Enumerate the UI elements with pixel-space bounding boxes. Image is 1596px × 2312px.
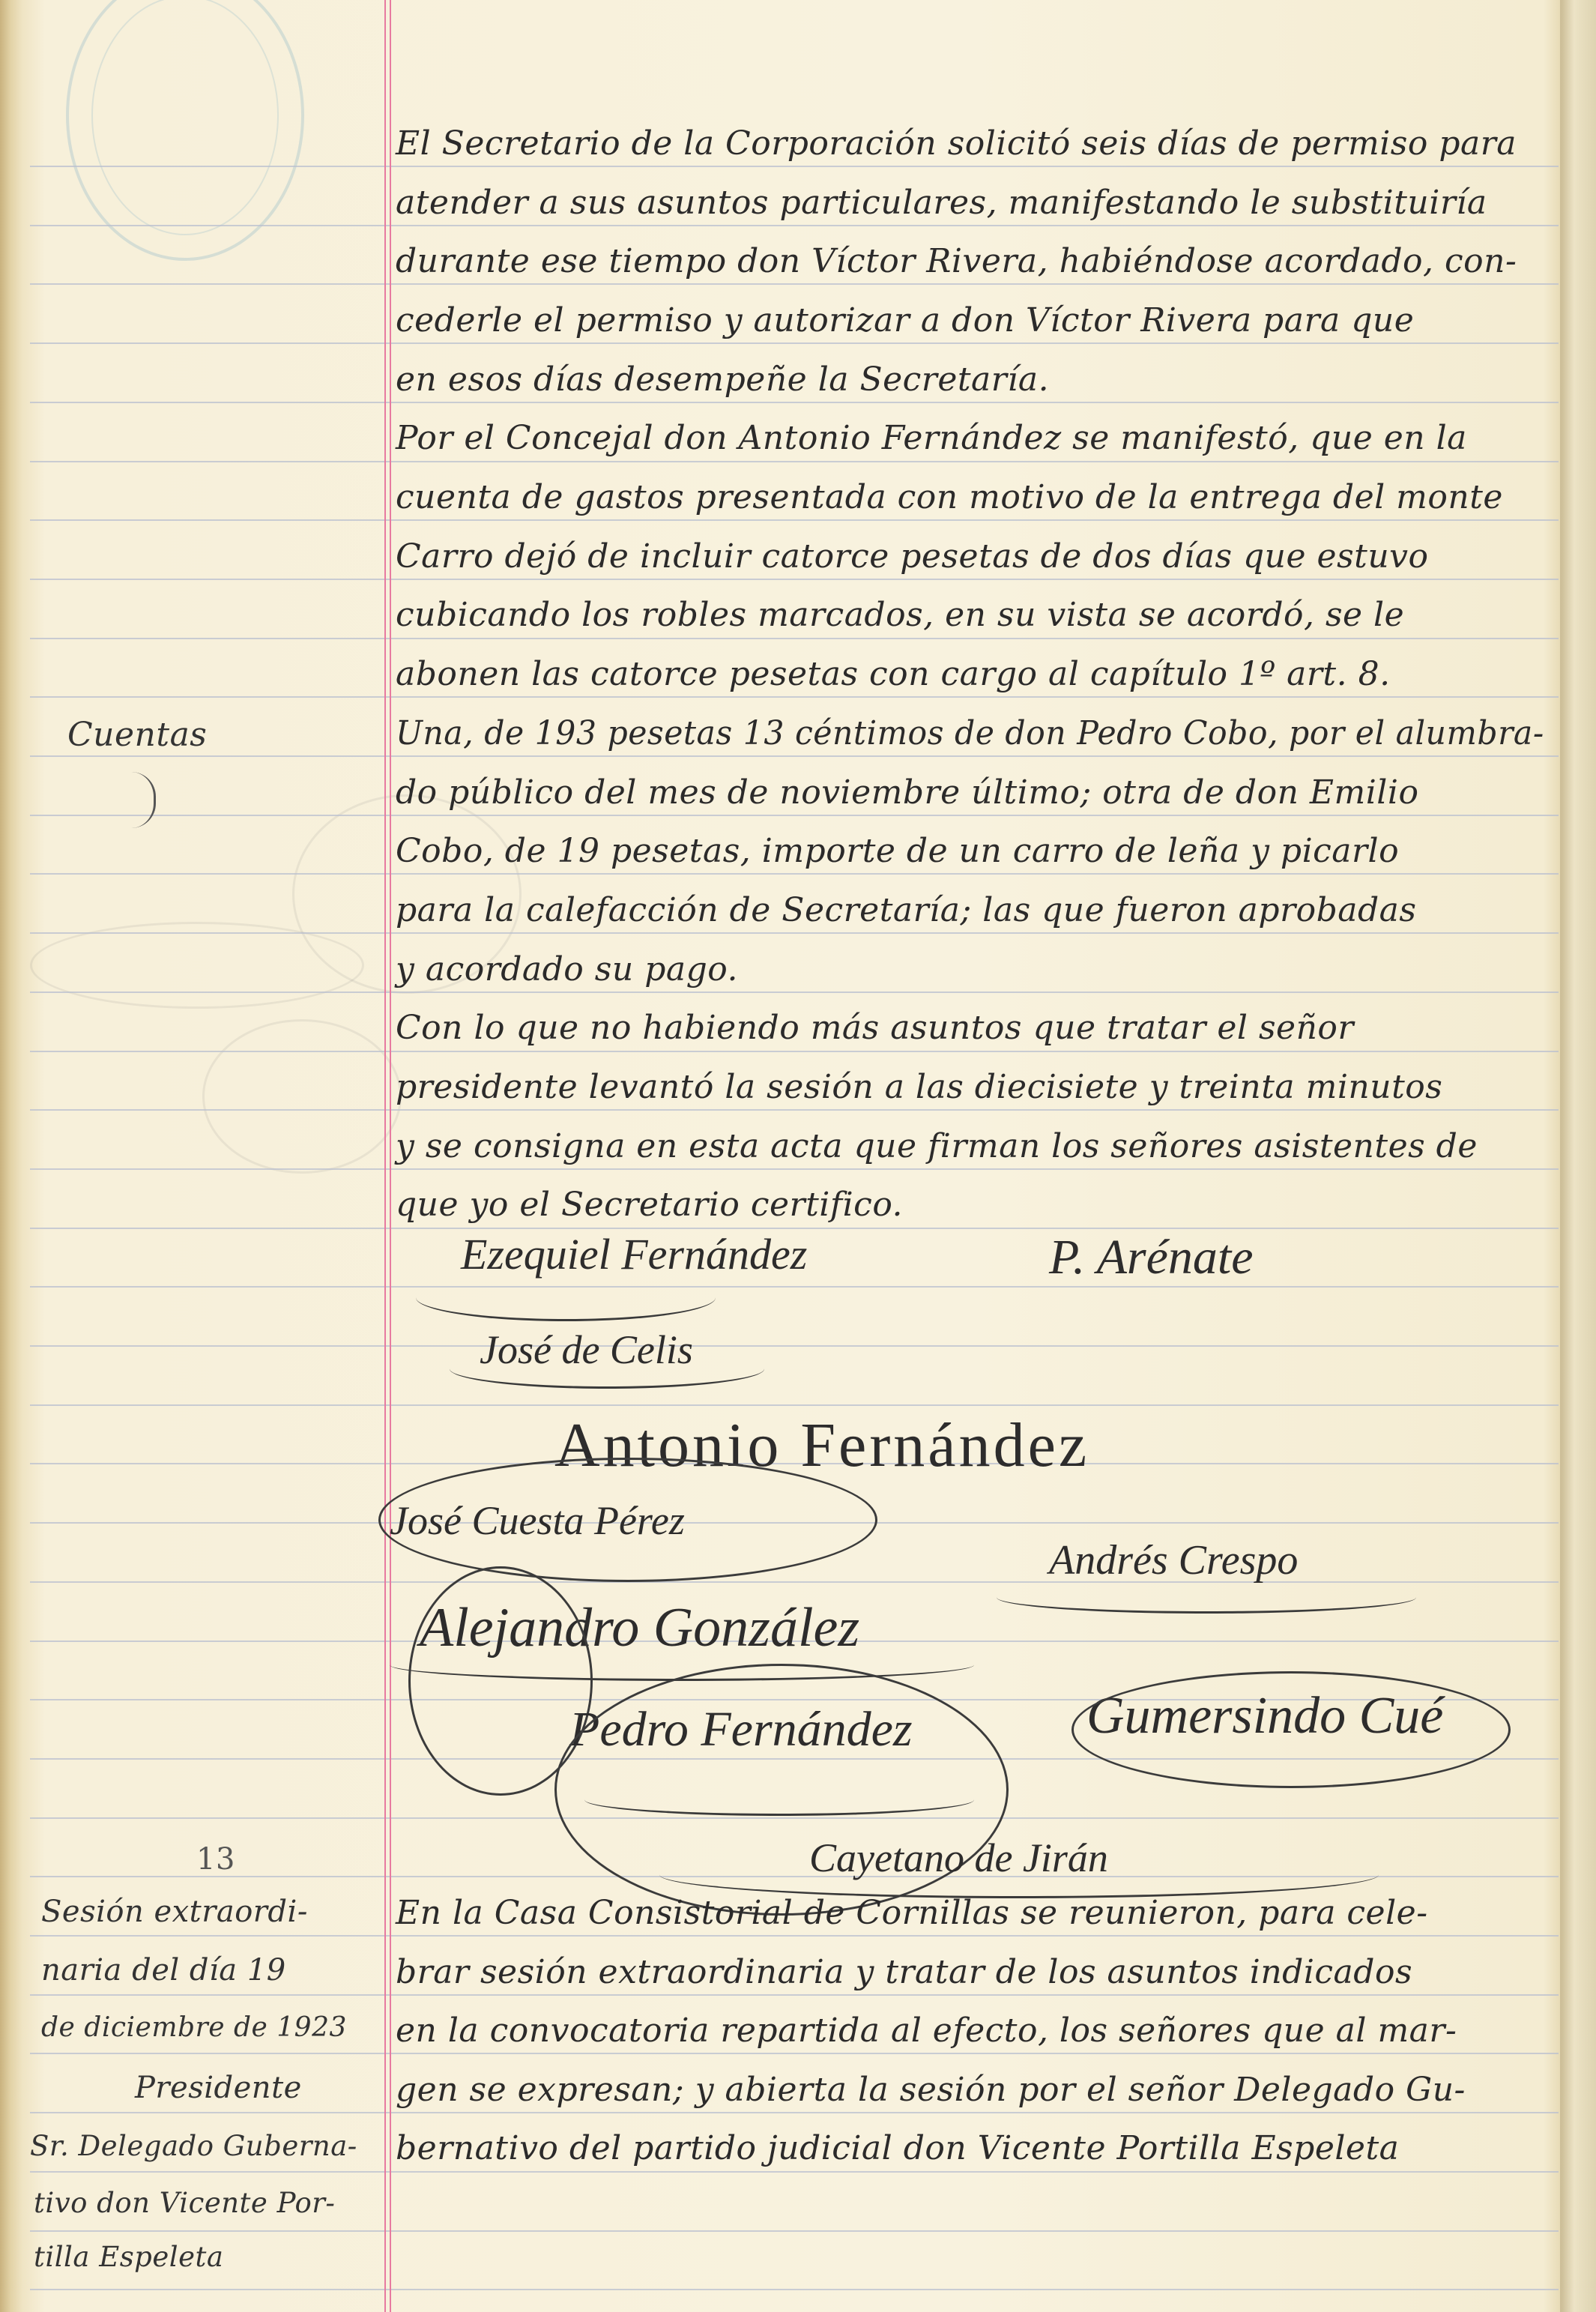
session-header-line: Sesión extraordi-: [41, 1895, 308, 1929]
ruled-line: [30, 1168, 1559, 1170]
body-line: En la Casa Consistorial de Cornillas se …: [396, 1894, 1428, 1932]
president-name-line: Sr. Delegado Guberna-: [30, 2130, 357, 2162]
body-line: gen se expresan; y abierta la sesión por…: [396, 2071, 1466, 2109]
body-line: y se consigna en esta acta que firman lo…: [396, 1127, 1478, 1165]
ruled-line: [30, 696, 1559, 698]
body-line: que yo el Secretario certifico.: [396, 1186, 903, 1224]
signature: P. Arénate: [1049, 1229, 1254, 1286]
ruled-line: [30, 2171, 1559, 2173]
ruled-line: [30, 1994, 1559, 1996]
margin-note-cuentas: Cuentas: [67, 716, 207, 754]
session-header-line: de diciembre de 1923: [41, 2012, 347, 2043]
body-line: cubicando los robles marcados, en su vis…: [396, 596, 1404, 634]
ruled-line: [30, 166, 1559, 167]
page-edge-shadow: [1560, 0, 1596, 2312]
bracket-mark: [131, 772, 156, 828]
body-line: El Secretario de la Corporación solicitó…: [396, 124, 1517, 163]
ruled-line: [30, 638, 1559, 639]
body-line: presidente levantó la sesión a las dieci…: [396, 1068, 1442, 1106]
ruled-line: [30, 225, 1559, 226]
president-name-line: tivo don Vicente Por-: [34, 2187, 335, 2219]
signature-flourish: [659, 1851, 1379, 1898]
ruled-line: [30, 2230, 1559, 2232]
bleed-through-mark: [202, 1019, 402, 1174]
ruled-line: [30, 873, 1559, 875]
body-line: en la convocatoria repartida al efecto, …: [396, 2011, 1457, 2050]
ruled-line: [30, 1404, 1559, 1406]
body-line: Carro dejó de incluir catorce pesetas de…: [396, 537, 1429, 576]
body-line: bernativo del partido judicial don Vicen…: [396, 2129, 1399, 2167]
ruled-line: [30, 815, 1559, 816]
signature-flourish: [450, 1349, 764, 1389]
session-header-line: naria del día 19: [41, 1953, 286, 1987]
body-line: durante ese tiempo don Víctor Rivera, ha…: [396, 242, 1517, 280]
ruled-line: [30, 991, 1559, 993]
body-line: do público del mes de noviembre último; …: [396, 773, 1418, 812]
ruled-line: [30, 2053, 1559, 2054]
ruled-line: [30, 519, 1559, 521]
ruled-line: [30, 1345, 1559, 1347]
signature-flourish: [378, 1458, 877, 1582]
seal-stamp: [66, 0, 304, 261]
ruled-line: [30, 402, 1559, 403]
ruled-line: [30, 1109, 1559, 1111]
ruled-line: [30, 1935, 1559, 1937]
ruled-line: [30, 1286, 1559, 1288]
body-line: cederle el permiso y autorizar a don Víc…: [396, 301, 1414, 339]
signature-flourish: [584, 1784, 974, 1816]
body-line: y acordado su pago.: [396, 950, 738, 989]
ruled-line: [30, 579, 1559, 580]
body-line: Por el Concejal don Antonio Fernández se…: [396, 419, 1467, 457]
body-line: brar sesión extraordinaria y tratar de l…: [396, 1953, 1412, 1991]
signature-flourish: [416, 1274, 716, 1321]
president-name-line: tilla Espeleta: [34, 2241, 223, 2273]
ledger-page: El Secretario de la Corporación solicitó…: [0, 0, 1596, 2312]
body-line: en esos días desempeñe la Secretaría.: [396, 360, 1049, 399]
margin-line-left: [384, 0, 386, 2312]
signature-flourish: [997, 1581, 1416, 1614]
signature-flourish: [1071, 1671, 1511, 1788]
ruled-line: [30, 2289, 1559, 2290]
ruled-line: [30, 932, 1559, 934]
margin-line-right: [390, 0, 391, 2312]
ruled-line: [30, 461, 1559, 462]
seal-stamp-inner-ring: [91, 0, 279, 235]
body-line: Cobo, de 19 pesetas, importe de un carro…: [396, 832, 1399, 870]
body-line: para la calefacción de Secretaría; las q…: [396, 891, 1416, 929]
president-label: Presidente: [135, 2071, 302, 2105]
ruled-line: [30, 342, 1559, 344]
ruled-line: [30, 755, 1559, 757]
body-line: cuenta de gastos presentada con motivo d…: [396, 478, 1503, 516]
ruled-line: [30, 2112, 1559, 2113]
ruled-line: [30, 1581, 1559, 1583]
signature: Ezequiel Fernández: [461, 1229, 807, 1279]
body-line: Una, de 193 pesetas 13 céntimos de don P…: [396, 714, 1544, 752]
signature: Andrés Crespo: [1049, 1536, 1298, 1584]
ruled-line: [30, 1051, 1559, 1052]
margin-page-number: 13: [196, 1842, 235, 1877]
body-line: abonen las catorce pesetas con cargo al …: [396, 655, 1391, 693]
ruled-line: [30, 283, 1559, 285]
body-line: Con lo que no habiendo más asuntos que t…: [396, 1009, 1354, 1047]
body-line: atender a sus asuntos particulares, mani…: [396, 184, 1487, 222]
